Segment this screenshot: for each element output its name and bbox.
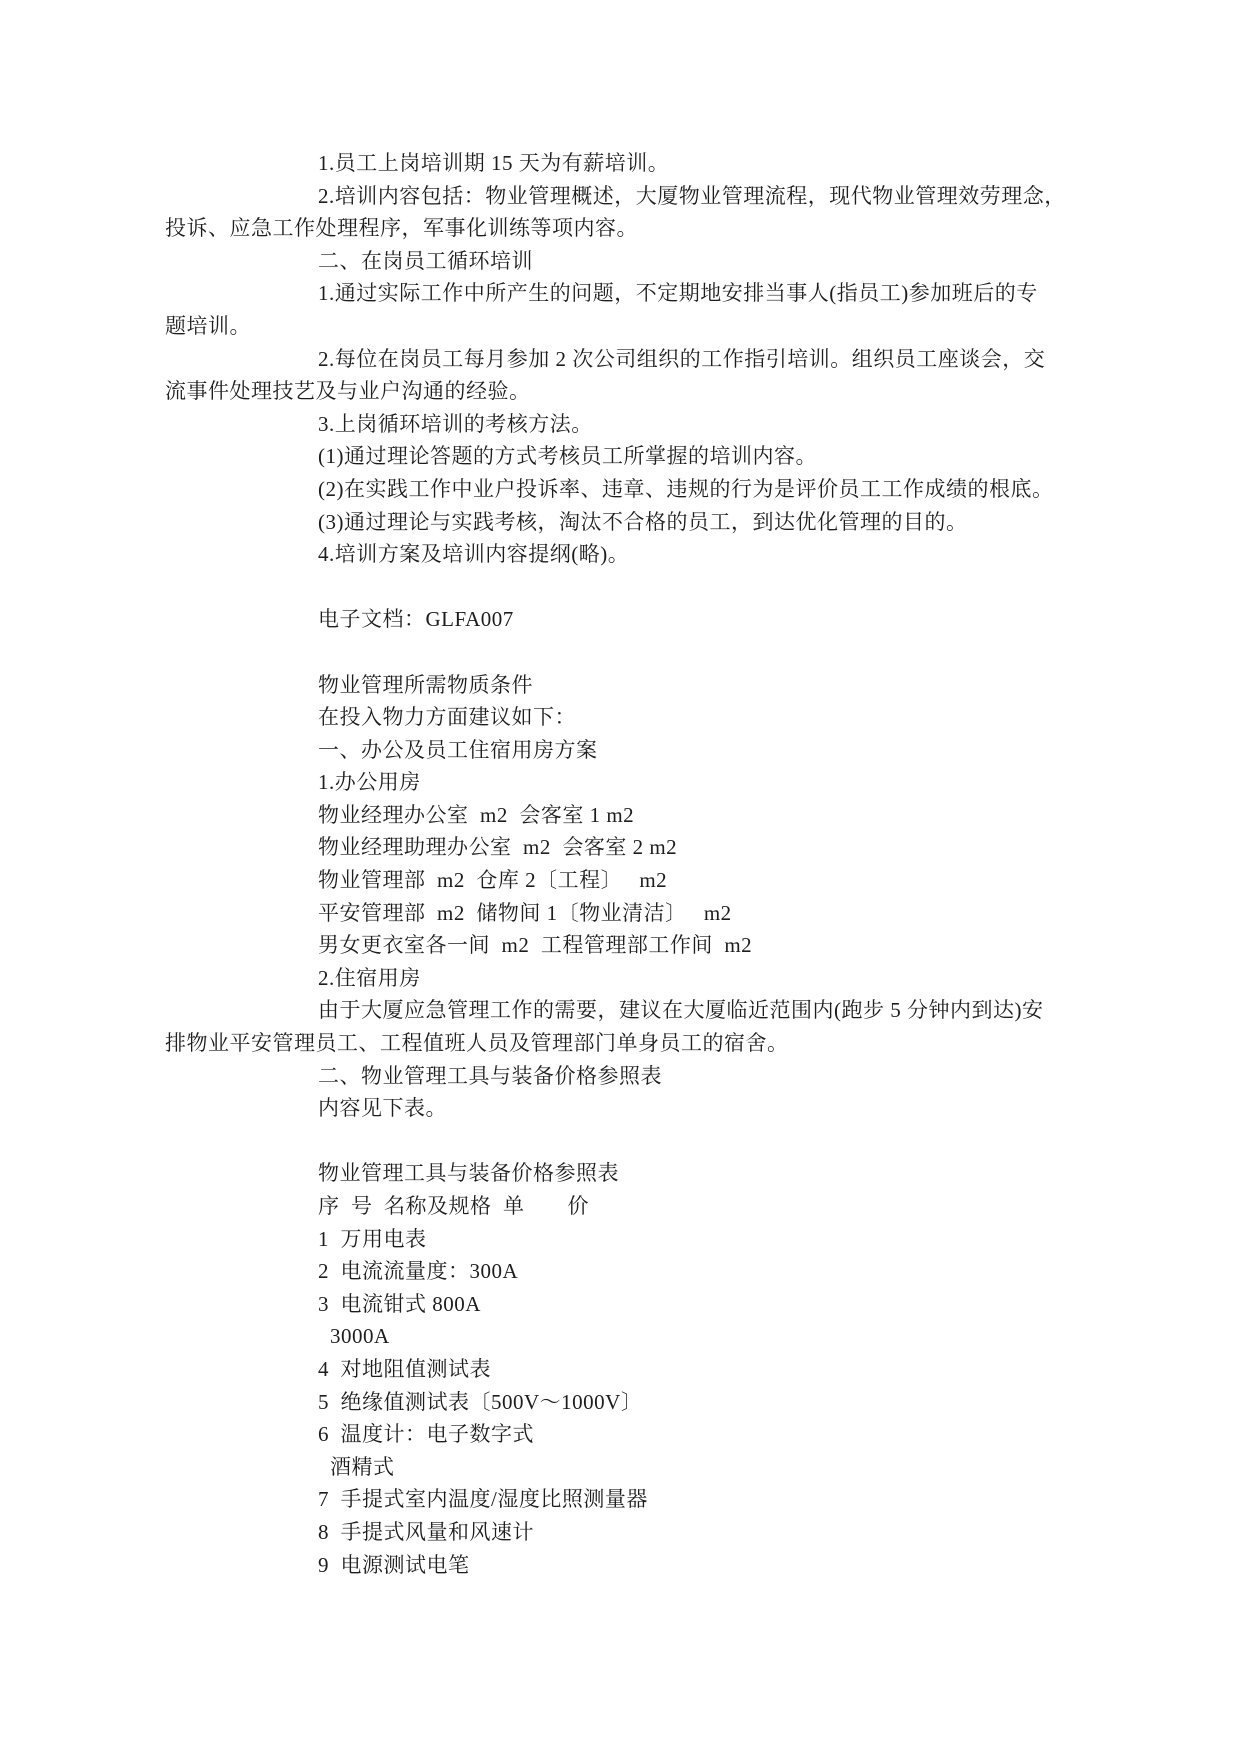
document-line: 2 电流流量度：300A	[165, 1255, 1081, 1288]
document-line: 男女更衣室各一间 m2 工程管理部工作间 m2	[165, 929, 1081, 962]
document-line: 内容见下表。	[165, 1092, 1081, 1125]
document-line: 排物业平安管理员工、工程值班人员及管理部门单身员工的宿舍。	[165, 1027, 1081, 1060]
document-line: (1)通过理论答题的方式考核员工所掌握的培训内容。	[165, 440, 1081, 473]
document-line	[165, 1125, 1081, 1158]
document-line: 序 号 名称及规格 单 价	[165, 1190, 1081, 1223]
document-line: 2.住宿用房	[165, 962, 1081, 995]
document-line: (3)通过理论与实践考核，淘汰不合格的员工，到达优化管理的目的。	[165, 506, 1081, 539]
document-line: 1.员工上岗培训期 15 天为有薪培训。	[165, 147, 1081, 180]
document-line: 3 电流钳式 800A	[165, 1288, 1081, 1321]
document-line: 一、办公及员工住宿用房方案	[165, 734, 1081, 767]
document-line: 1 万用电表	[165, 1223, 1081, 1256]
document-line: 题培训。	[165, 310, 1081, 343]
document-line: 1.通过实际工作中所产生的问题，不定期地安排当事人(指员工)参加班后的专	[165, 277, 1081, 310]
document-line: 3000A	[165, 1320, 1081, 1353]
document-line: 4.培训方案及培训内容提纲(略)。	[165, 538, 1081, 571]
document-line	[165, 571, 1081, 604]
document-body: 1.员工上岗培训期 15 天为有薪培训。2.培训内容包括：物业管理概述，大厦物业…	[165, 147, 1081, 1581]
document-line: 物业管理工具与装备价格参照表	[165, 1157, 1081, 1190]
document-line: 8 手提式风量和风速计	[165, 1516, 1081, 1549]
document-line: 1.办公用房	[165, 766, 1081, 799]
document-line: 5 绝缘值测试表〔500V～1000V〕	[165, 1386, 1081, 1419]
document-line: 物业经理助理办公室 m2 会客室 2 m2	[165, 831, 1081, 864]
document-line: 9 电源测试电笔	[165, 1549, 1081, 1582]
document-line: 6 温度计：电子数字式	[165, 1418, 1081, 1451]
document-line: 酒精式	[165, 1451, 1081, 1484]
document-line: 二、物业管理工具与装备价格参照表	[165, 1060, 1081, 1093]
document-line: 由于大厦应急管理工作的需要，建议在大厦临近范围内(跑步 5 分钟内到达)安	[165, 994, 1081, 1027]
document-line: 电子文档：GLFA007	[165, 603, 1081, 636]
document-line: 二、在岗员工循环培训	[165, 245, 1081, 278]
document-line: 7 手提式室内温度/湿度比照测量器	[165, 1483, 1081, 1516]
document-line: 在投入物力方面建议如下：	[165, 701, 1081, 734]
document-line: 2.培训内容包括：物业管理概述，大厦物业管理流程，现代物业管理效劳理念，	[165, 180, 1081, 213]
document-line: 物业经理办公室 m2 会客室 1 m2	[165, 799, 1081, 832]
document-line: 3.上岗循环培训的考核方法。	[165, 408, 1081, 441]
document-line: 2.每位在岗员工每月参加 2 次公司组织的工作指引培训。组织员工座谈会，交	[165, 343, 1081, 376]
document-line: 平安管理部 m2 储物间 1〔物业清洁〕 m2	[165, 897, 1081, 930]
document-line	[165, 636, 1081, 669]
document-line: 物业管理部 m2 仓库 2〔工程〕 m2	[165, 864, 1081, 897]
document-line: 投诉、应急工作处理程序，军事化训练等项内容。	[165, 212, 1081, 245]
document-line: 4 对地阻值测试表	[165, 1353, 1081, 1386]
document-line: 物业管理所需物质条件	[165, 669, 1081, 702]
document-page: 1.员工上岗培训期 15 天为有薪培训。2.培训内容包括：物业管理概述，大厦物业…	[0, 0, 1241, 1754]
document-line: 流事件处理技艺及与业户沟通的经验。	[165, 375, 1081, 408]
document-line: (2)在实践工作中业户投诉率、违章、违规的行为是评价员工工作成绩的根底。	[165, 473, 1081, 506]
